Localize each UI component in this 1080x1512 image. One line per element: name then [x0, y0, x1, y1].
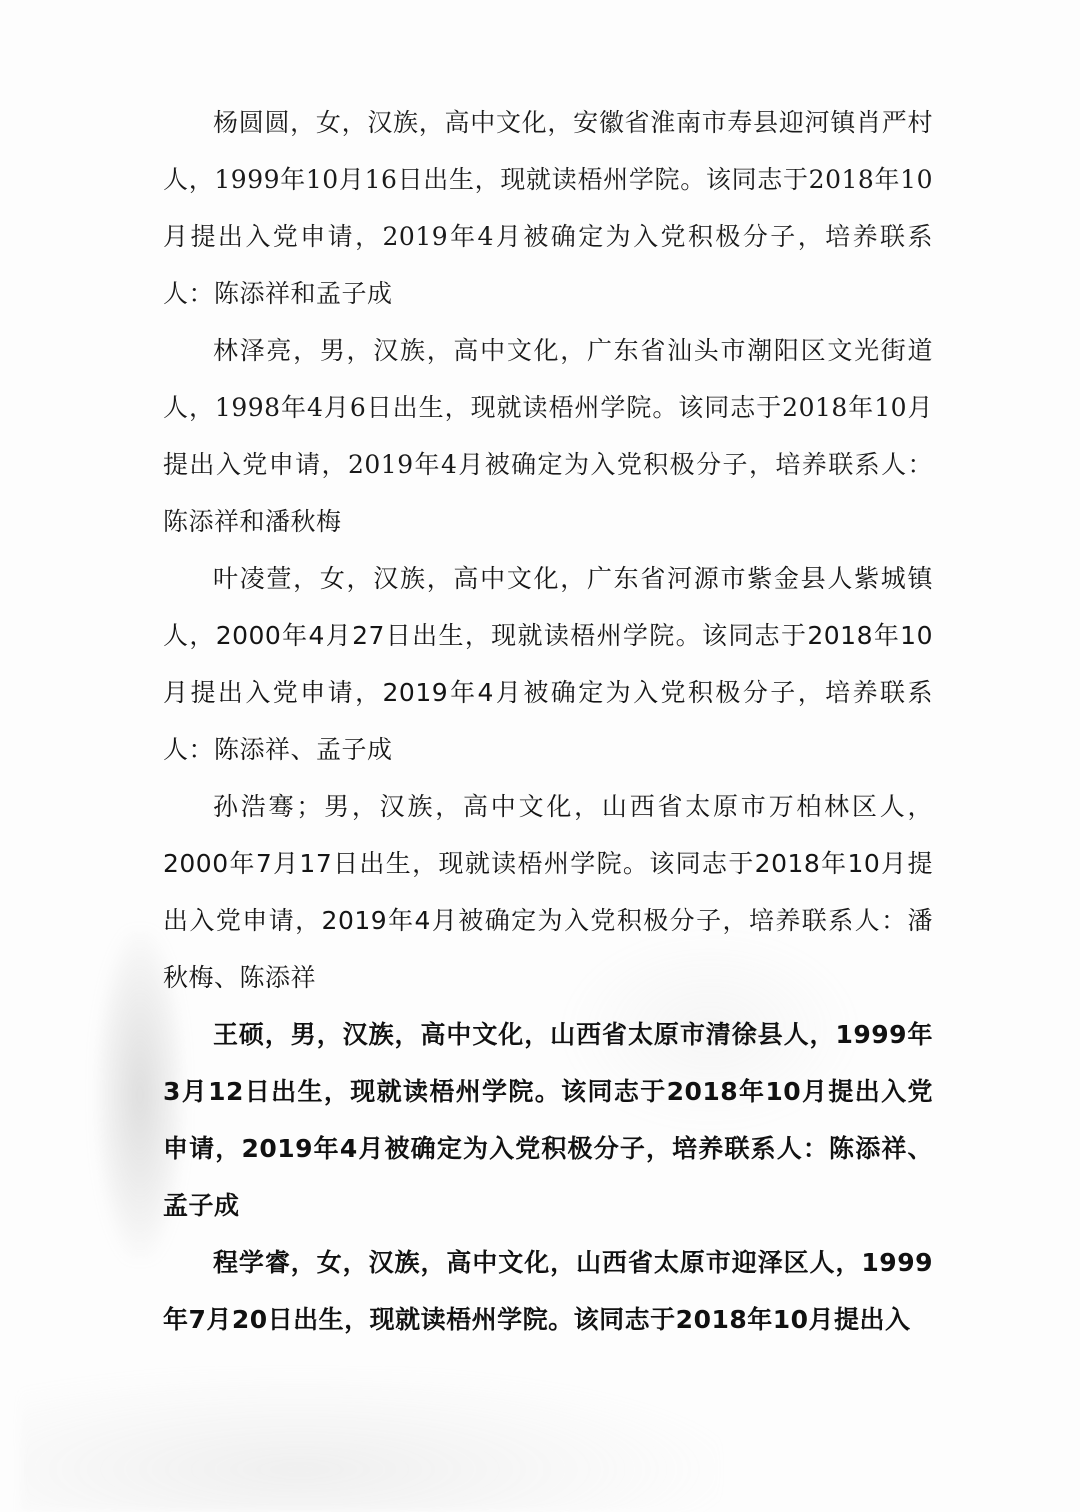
document-body: 杨圆圆，女，汉族，高中文化，安徽省淮南市寿县迎河镇肖严村人，1999年10月16…	[163, 94, 933, 1348]
paragraph-wang-shuo: 王硕，男，汉族，高中文化，山西省太原市清徐县人，1999年3月12日出生，现就读…	[163, 1006, 933, 1234]
paragraph-cheng-xuerui: 程学睿，女，汉族，高中文化，山西省太原市迎泽区人，1999年7月20日出生，现就…	[163, 1234, 933, 1348]
paragraph-yang-yuanyuan: 杨圆圆，女，汉族，高中文化，安徽省淮南市寿县迎河镇肖严村人，1999年10月16…	[163, 94, 933, 322]
paragraph-ye-lingxuan: 叶凌萱，女，汉族，高中文化，广东省河源市紫金县人紫城镇人，2000年4月27日出…	[163, 550, 933, 778]
scanned-page: 杨圆圆，女，汉族，高中文化，安徽省淮南市寿县迎河镇肖严村人，1999年10月16…	[0, 0, 1080, 1512]
scan-shadow	[20, 1370, 720, 1512]
paragraph-lin-zeliang: 林泽亮，男，汉族，高中文化，广东省汕头市潮阳区文光街道人，1998年4月6日出生…	[163, 322, 933, 550]
paragraph-sun-haoqian: 孙浩骞；男，汉族，高中文化，山西省太原市万柏林区人，2000年7月17日出生，现…	[163, 778, 933, 1006]
